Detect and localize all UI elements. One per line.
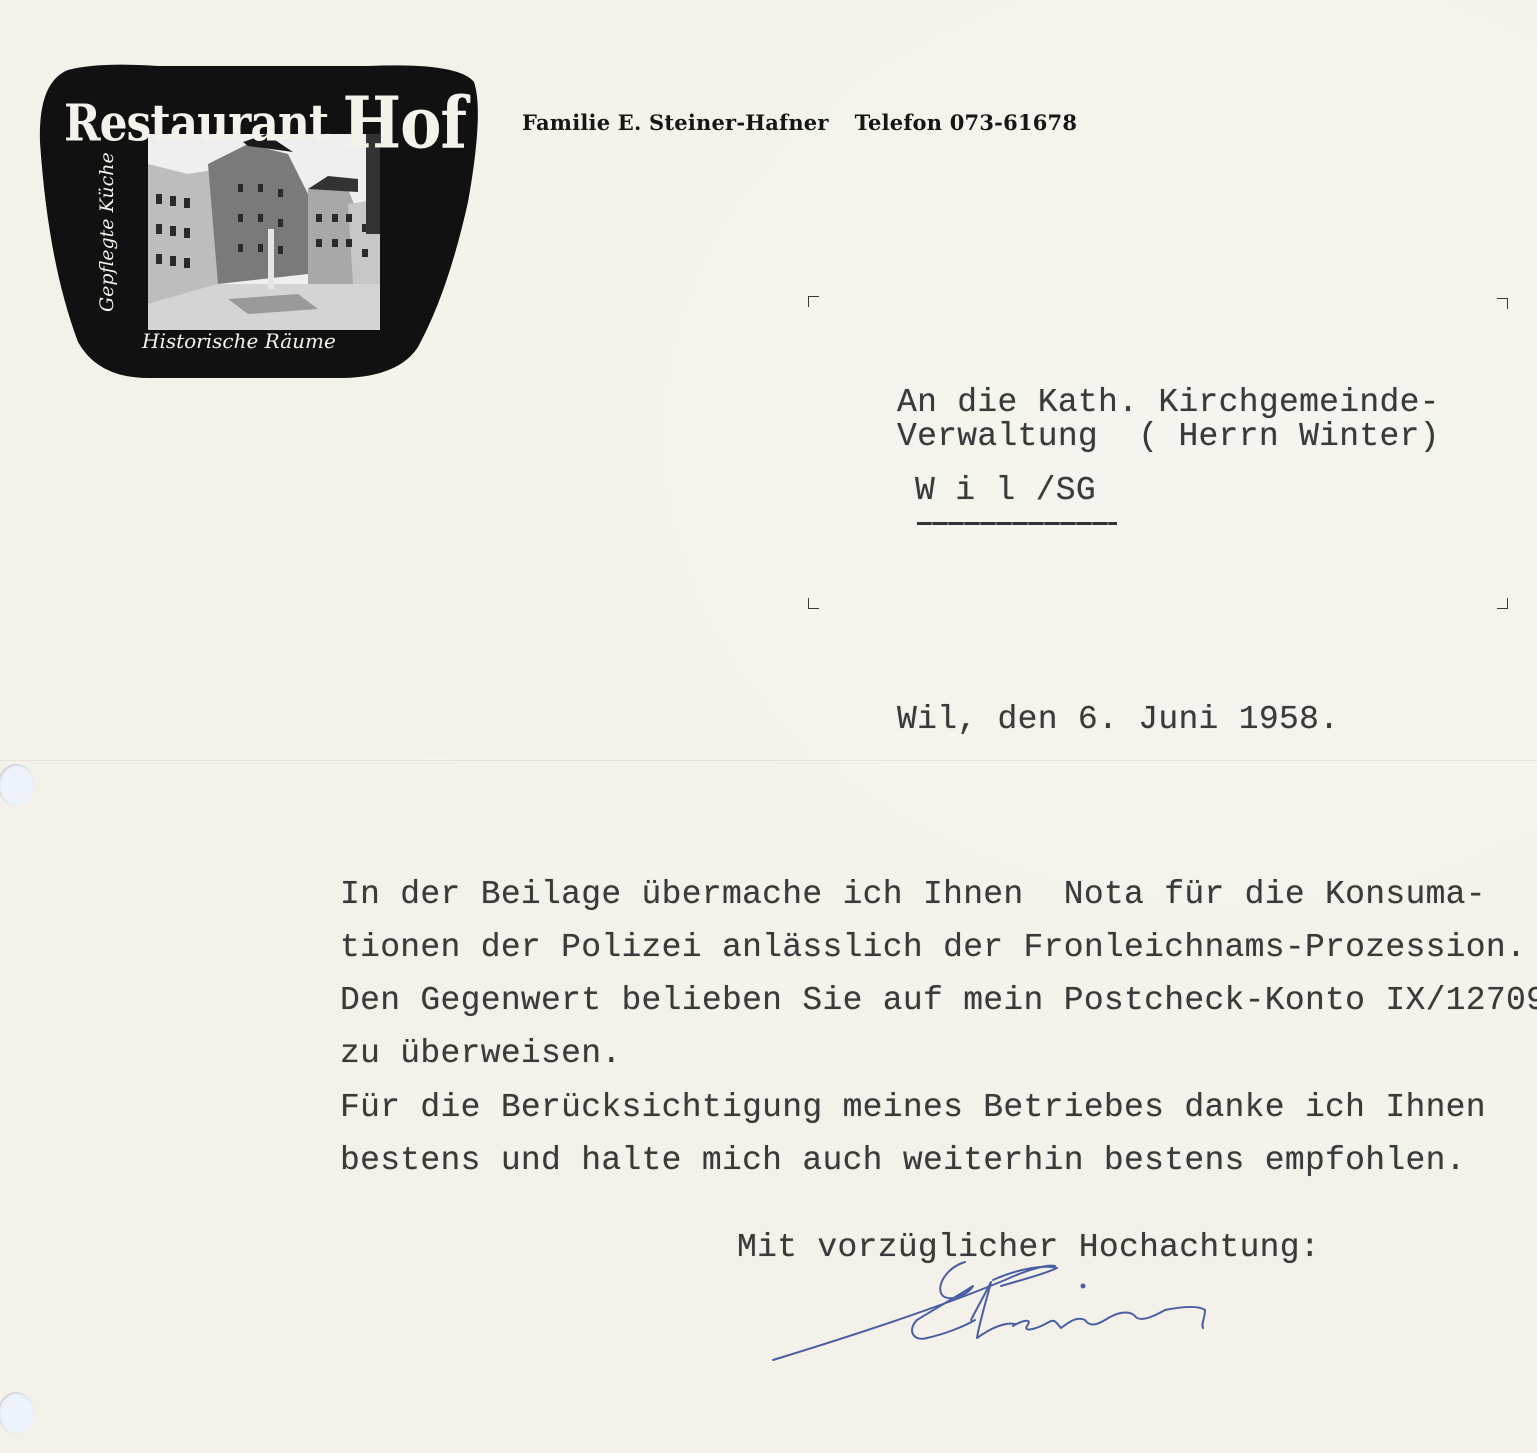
body-line: tionen der Polizei anlässlich der Fronle…: [340, 929, 1526, 966]
body-line: In der Beilage übermache ich Ihnen Nota …: [340, 876, 1486, 913]
logo-side-text: Gepflegte Küche: [96, 152, 118, 312]
letterhead: Familie E. Steiner-HafnerTelefon 073-616…: [522, 110, 1077, 135]
letter-date: Wil, den 6. Juni 1958.: [897, 701, 1339, 738]
letterhead-phone: Telefon 073-61678: [855, 110, 1078, 135]
logo-bottom-text: Historische Räume: [142, 329, 336, 353]
recipient-line-2: Verwaltung ( Herrn Winter): [897, 418, 1440, 455]
body-line: Den Gegenwert belieben Sie auf mein Post…: [340, 982, 1537, 1019]
recipient-city-underline: [917, 522, 1117, 525]
recipient-line-3: W i l /SG: [915, 472, 1096, 509]
body-line: Für die Berücksichtigung meines Betriebe…: [340, 1089, 1486, 1126]
logo-title-hof: Hof: [342, 81, 466, 165]
body-line: bestens und halte mich auch weiterhin be…: [340, 1142, 1466, 1179]
letterhead-family: Familie E. Steiner-Hafner: [522, 110, 829, 135]
handwritten-signature: [765, 1250, 1265, 1370]
logo-title-restaurant: Restaurant: [64, 95, 342, 154]
address-corner-mark-bottom-right: [1497, 598, 1508, 609]
recipient-line-1: An die Kath. Kirchgemeinde-: [897, 384, 1440, 421]
body-line: zu überweisen.: [340, 1035, 621, 1072]
address-corner-mark-top-right: [1497, 298, 1508, 309]
address-corner-mark-bottom-left: [808, 598, 819, 609]
signature-stroke-icon: [765, 1250, 1265, 1370]
logo-title: Restaurant Hof Wil: [64, 74, 559, 158]
fold-line: [0, 759, 1537, 761]
address-corner-mark-top-left: [808, 296, 819, 307]
restaurant-logo: Restaurant Hof Wil Gepflegte Küche Histo…: [38, 62, 480, 380]
